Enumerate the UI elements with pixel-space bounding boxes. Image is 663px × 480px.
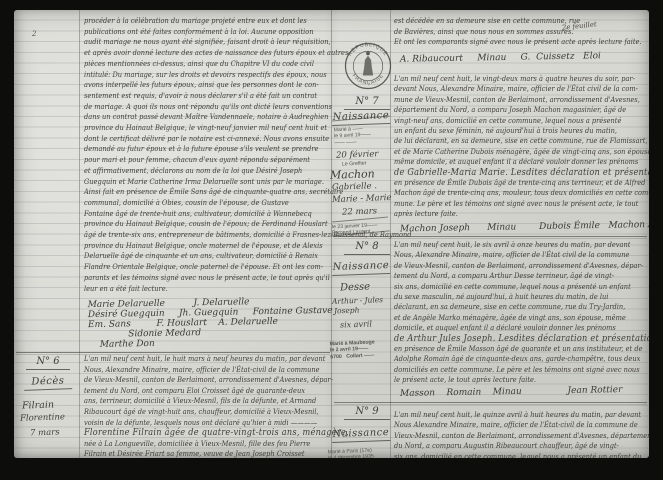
handwritten-line: née à La Longueville, domiciliée à Vieux…	[84, 439, 332, 450]
handwritten-line: du sexe masculin, né aujourd'hui, à huit…	[394, 292, 646, 302]
record-7-margin-date: 22 mars	[342, 206, 377, 217]
register-double-page: 2 procéder à la célébration du mariage p…	[14, 10, 649, 458]
handwritten-line: de Vieux-Mesnil, canton de Berlaimont, a…	[394, 261, 646, 271]
handwritten-line: dans un contrat passé devant Maître Vand…	[84, 112, 332, 123]
handwritten-line: province du Hainaut Belgique, oncle mate…	[84, 241, 332, 252]
handwritten-line: communal, domicilié à Obies, cousin de l…	[84, 198, 332, 209]
record-7-margin-name-3: Marie - Marie	[332, 193, 392, 205]
register-scan: 2 procéder à la célébration du mariage p…	[0, 0, 663, 480]
record-7-mention-stamp: Marié à ——le 9 avril 19———— ——	[334, 125, 395, 147]
record-6-margin-name-2: Florentine	[20, 412, 65, 424]
record-9-type: Naissance	[332, 427, 390, 443]
marriage-act-text: procéder à la célébration du mariage pro…	[84, 16, 332, 294]
record-9-mention-stamp: Marié à Paris (17e)le 4 décembre 1935ave…	[328, 447, 397, 458]
handwritten-line: de lui déclarant, en sa demeure, sise en…	[394, 136, 646, 146]
handwritten-line: tement du Nord, ont comparu Eloi Croisse…	[84, 386, 332, 397]
record-8-margin-name-2: Arthur - Jules	[332, 295, 383, 306]
handwritten-line: vingt-neuf ans, domicilié en cette commu…	[394, 116, 646, 126]
handwritten-line: intitulé: Du mariage, sur les droits et …	[84, 70, 332, 81]
handwritten-line: Guegquin et Marie Catherine Irma Delarue…	[84, 177, 332, 188]
handwritten-line: âgé de trente-six ans, entrepreneur de b…	[84, 230, 332, 241]
record-6-margin-date: 7 mars	[30, 427, 60, 438]
handwritten-line: avons interpellé les futurs époux, ainsi…	[84, 80, 332, 91]
handwritten-line: L'an mil neuf cent huit, le vingt-deux m…	[394, 74, 646, 84]
seal-figure	[363, 56, 373, 76]
handwritten-line: L'an mil neuf cent huit, le six avril à …	[394, 240, 646, 250]
handwritten-line: Vieux-Mesnil, canton de Berlaimont, arro…	[394, 431, 646, 441]
handwritten-line: domiciliés en cette commune. Le père et …	[394, 365, 646, 375]
record-8-margin-date: six avril	[340, 319, 372, 329]
handwritten-line: est décédée en sa demeure sise en cette …	[394, 16, 646, 27]
record-8-mention-stamp: Marié à Maubeugele 2 avril 19——6700 Coll…	[330, 339, 393, 361]
handwritten-line: demandé au futur époux et à la future ép…	[84, 144, 332, 155]
handwritten-line: de mariage. A quoi ils nous ont répondu …	[84, 102, 332, 113]
handwritten-line: Filrain et Désirée Friart sa femme, veuv…	[84, 449, 332, 458]
record-6-text: L'an mil neuf cent huit, le huit mars à …	[84, 354, 332, 458]
handwritten-line: après lecture faite.	[394, 209, 646, 219]
record-separator-line	[16, 352, 330, 353]
marriage-act-signatures: Marie Delaruelle J. DelaruelleDésiré Gue…	[88, 296, 329, 350]
record-6-type: Décès	[24, 375, 72, 391]
handwritten-line: Machon âgé de trente-cinq ans, mouleur, …	[394, 188, 646, 198]
record-7-date-note: 20 février	[336, 149, 379, 160]
record-8-margin-name-3: Joseph	[334, 306, 360, 316]
handwritten-line: Nous, Alexandre Minaire, maire, officier…	[394, 250, 646, 260]
handwritten-line: Et ont les comparants signé avec nous le…	[394, 37, 646, 48]
handwritten-line: L'an mil neuf cent huit, le quinze avril…	[394, 410, 646, 420]
handwritten-line: six ans, domicilié en cette commune, leq…	[394, 282, 646, 292]
handwritten-line: Delaruelle âgé de cinquante et un ans, c…	[84, 251, 332, 262]
handwritten-line: audit mariage ne nous ayant été signifié…	[84, 37, 332, 48]
record-7-margin-name: Machon	[330, 167, 375, 182]
handwritten-line: Ribaucourt âgé de vingt-huit ans, chauff…	[84, 407, 332, 418]
handwritten-line: ans, terrineur, domicilié à Vieux-Mesnil…	[84, 396, 332, 407]
handwritten-line: six ans, domicilié en cette commune, leq…	[394, 452, 646, 458]
handwritten-line: en présence de Émile Masson âgé de quara…	[394, 344, 646, 354]
record-8-type: Naissance	[332, 260, 390, 276]
record-6-margin-name: Filrain	[22, 399, 54, 411]
republique-francaise-seal-icon: RÉPUBLIQUE FRANÇAISE	[342, 40, 394, 92]
handwritten-line: mune de Vieux-Mesnil, canton de Berlaimo…	[394, 95, 646, 105]
handwritten-line: déclarant, en sa demeure, sise en cette …	[394, 302, 646, 312]
record-7-margin-name-2: Gabrielle .	[332, 181, 377, 193]
handwritten-line: dont le certificat délivré par le notair…	[84, 134, 332, 145]
handwritten-line: pour mari et pour femme, chacun d'eux ay…	[84, 155, 332, 166]
handwritten-line: Nous Alexandre Minaire, maire, officier …	[394, 420, 646, 430]
record-separator-line	[334, 402, 647, 403]
handwritten-line: département du Nord, a comparu Joseph Ma…	[394, 105, 646, 115]
page-number-mark: 2	[32, 30, 36, 38]
record-7-number: N° 7	[344, 96, 390, 110]
handwritten-line: le présent acte, le tout après lecture f…	[394, 375, 646, 385]
record-9-number: N° 9	[344, 406, 390, 420]
handwritten-line: devant Nous, Alexandre Minaire, maire, o…	[394, 84, 646, 94]
handwritten-line: et de Marie Catherine Dubois ménagère, â…	[394, 147, 646, 157]
handwritten-line: un enfant du sexe féminin, né aujourd'hu…	[394, 126, 646, 136]
handwritten-line: mune. Le père et les témoins ont signé a…	[394, 199, 646, 209]
handwritten-line: de Vieux-Mesnil, canton de Berlaimont, a…	[84, 375, 332, 386]
handwritten-line: leur en a été fait lecture.	[84, 284, 332, 295]
handwritten-line: L'an mil neuf cent huit, le huit mars à …	[84, 354, 332, 365]
handwritten-line: procéder à la célébration du mariage pro…	[84, 16, 332, 27]
handwritten-line: parants et les témoins signé avec nous l…	[84, 273, 332, 284]
handwritten-line: en présence de Émile Dubois âgé de trent…	[394, 178, 646, 188]
handwritten-line: pièces mentionnées ci-dessus, ainsi que …	[84, 59, 332, 70]
record-separator-line	[334, 236, 647, 237]
handwritten-line: de Gabrielle-Maria Marie. Lesdites décla…	[394, 168, 646, 178]
handwritten-line: sentement est requis, d'avoir à nous déc…	[84, 91, 332, 102]
record-8-margin-name: Desse	[340, 281, 370, 293]
handwritten-line: publications ont été faites conformément…	[84, 27, 332, 38]
handwritten-line: et après avoir donné lecture des actes d…	[84, 48, 332, 59]
handwritten-line: de Arthur Jules Joseph. Lesdites déclara…	[394, 334, 646, 344]
handwritten-line: de Bavières, ainsi que nous nous en somm…	[394, 27, 646, 38]
handwritten-line: province du Hainaut Belgique, cousin de …	[84, 219, 332, 230]
handwritten-line: Florentine Filrain âgée de quatre-vingt-…	[84, 428, 332, 439]
record-6-number: N° 6	[26, 356, 70, 370]
handwritten-line: Ainsi fait en présence de Émile Sans âgé…	[84, 187, 332, 198]
record-7-text: L'an mil neuf cent huit, le vingt-deux m…	[394, 74, 646, 220]
handwritten-line: province du Hainaut Belgique, le vingt-n…	[84, 123, 332, 134]
handwritten-line: tement du Nord, a comparu Arthur Desse t…	[394, 271, 646, 281]
record-6-end-text: est décédée en sa demeure sise en cette …	[394, 16, 646, 48]
handwritten-line: et de Angèle Marko ménagère, âgée de vin…	[394, 313, 646, 323]
left-margin-rule	[79, 10, 80, 458]
handwritten-line: Fontaine âgé de trente-huit ans, cultiva…	[84, 209, 332, 220]
handwritten-line: Flandre Orientale Belgique, oncle patern…	[84, 262, 332, 273]
record-9-text: L'an mil neuf cent huit, le quinze avril…	[394, 410, 646, 458]
handwritten-line: Nous, Alexandre Minaire, maire, officier…	[84, 365, 332, 376]
record-8-text: L'an mil neuf cent huit, le six avril à …	[394, 240, 646, 386]
record-8-number: N° 8	[344, 241, 390, 255]
handwritten-line: Adolphe Romain âgé de cinquante-deux ans…	[394, 354, 646, 364]
handwritten-line: du Nord, a comparu Augustin Ribeaucourt …	[394, 441, 646, 451]
handwritten-line: et affirmativement, déclarons au nom de …	[84, 166, 332, 177]
